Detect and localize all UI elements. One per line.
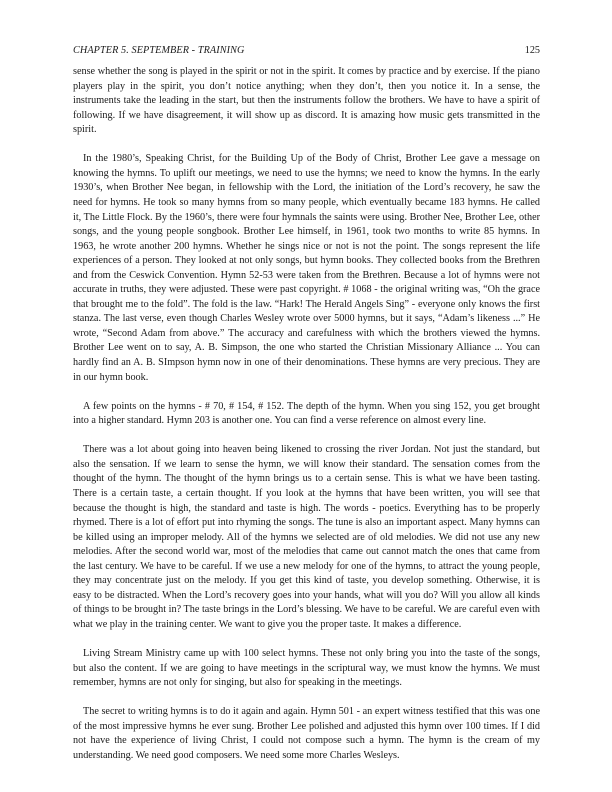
page-number: 125 — [525, 44, 540, 58]
paragraph-hymn-history: In the 1980’s, Speaking Christ, for the … — [73, 152, 540, 385]
chapter-title: CHAPTER 5. SEPTEMBER - TRAINING — [73, 44, 244, 58]
paragraph-select-hymns: Living Stream Ministry came up with 100 … — [73, 647, 540, 691]
running-header: CHAPTER 5. SEPTEMBER - TRAINING 125 — [73, 44, 540, 58]
paragraph-sensation-taste: There was a lot about going into heaven … — [73, 443, 540, 632]
paragraph-continuation: sense whether the song is played in the … — [73, 65, 540, 138]
paragraph-writing-hymns: The secret to writing hymns is to do it … — [73, 705, 540, 763]
paragraph-hymn-points: A few points on the hymns - # 70, # 154,… — [73, 400, 540, 429]
body-text: sense whether the song is played in the … — [73, 65, 540, 763]
